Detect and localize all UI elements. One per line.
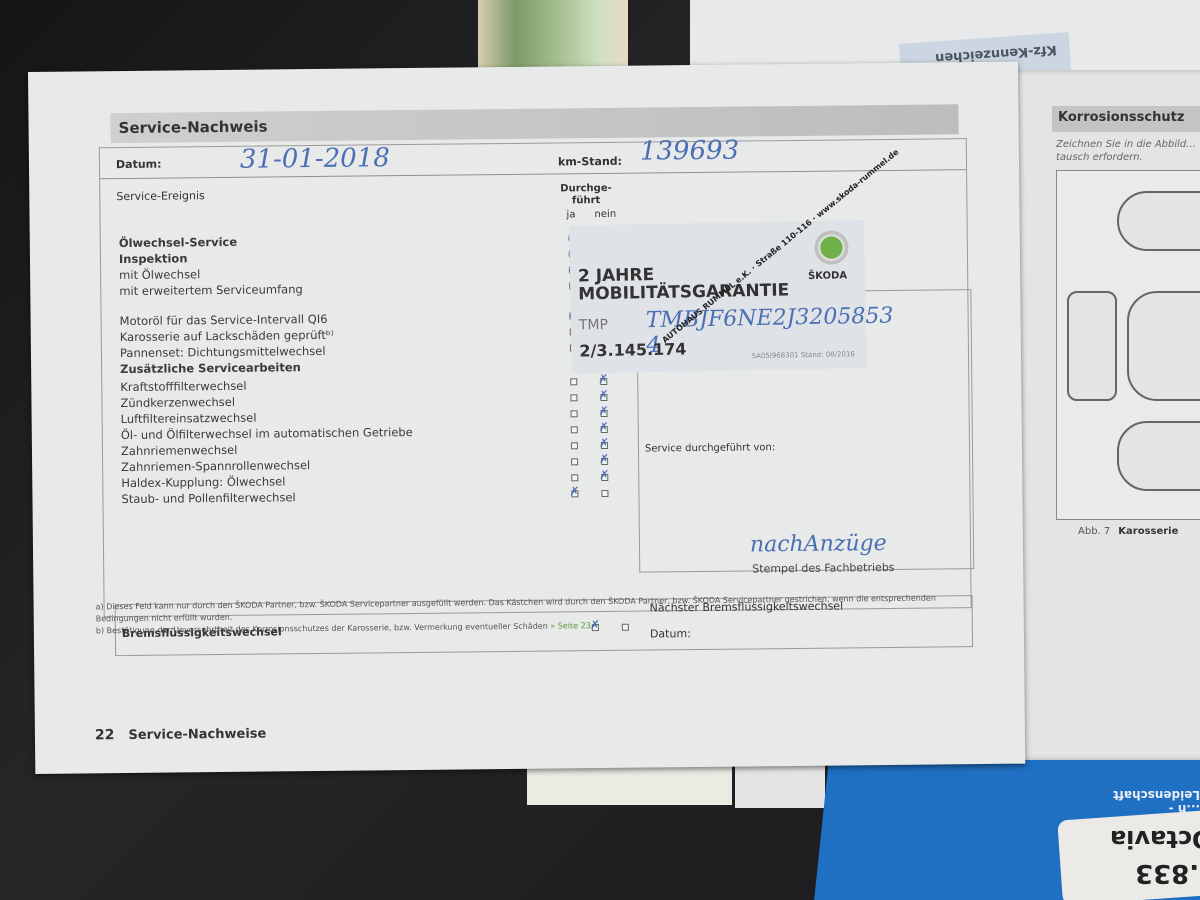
performed-header: Durchge- führt bbox=[560, 183, 612, 208]
footnote-text: Bestätigung der Unversehrtheit des Korro… bbox=[107, 622, 548, 636]
card-brand: ŠKODA bbox=[808, 270, 847, 282]
service-group-heading: Zusätzliche Servicearbeiten bbox=[120, 360, 301, 376]
yes-header: ja bbox=[566, 209, 575, 220]
service-ja-checkbox[interactable] bbox=[571, 458, 578, 465]
car-outline-icon bbox=[1117, 191, 1200, 251]
service-item-label: Kraftstofffilterwechsel bbox=[120, 379, 246, 394]
right-section-header: Korrosionsschutz bbox=[1052, 106, 1200, 132]
divider bbox=[100, 169, 966, 179]
card-number: 2/3.145.174 bbox=[579, 339, 686, 360]
footnote-marker: a) bbox=[96, 602, 104, 611]
footnote-marker: b) bbox=[96, 626, 104, 635]
card-title-line: MOBILITÄTSGARANTIE bbox=[578, 281, 789, 303]
service-item-label: Karosserie auf Lackschäden geprüftᵇ⁾ bbox=[120, 328, 334, 344]
performed-by-label: Service durchgeführt von: bbox=[645, 442, 775, 454]
event-header: Service-Ereignis bbox=[116, 189, 205, 203]
signature: nachAnzüge bbox=[750, 531, 887, 557]
service-item-label: Öl- und Ölfilterwechsel im automatischen… bbox=[121, 425, 413, 442]
intro-line: tausch erfordern. bbox=[1056, 151, 1196, 164]
right-intro: Zeichnen Sie in die Abbild... tausch erf… bbox=[1056, 138, 1196, 164]
service-item-label: Luftfiltereinsatzwechsel bbox=[121, 411, 257, 426]
service-ja-checkbox[interactable] bbox=[571, 410, 578, 417]
km-value[interactable]: 139693 bbox=[640, 136, 740, 167]
folder-number: ...833 bbox=[1135, 858, 1200, 888]
service-item-label: Zündkerzenwechsel bbox=[120, 395, 235, 410]
service-item-label: Zahnriemenwechsel bbox=[121, 443, 238, 458]
section-title: Service-Nachweis bbox=[118, 117, 267, 137]
service-ja-checkbox[interactable] bbox=[571, 474, 578, 481]
service-nein-checkbox[interactable] bbox=[601, 410, 608, 417]
service-nein-checkbox[interactable] bbox=[601, 458, 608, 465]
skoda-logo-icon bbox=[814, 230, 849, 265]
km-label: km-Stand: bbox=[558, 155, 622, 169]
service-nein-checkbox[interactable] bbox=[601, 490, 608, 497]
service-ja-checkbox[interactable] bbox=[571, 442, 578, 449]
date-value[interactable]: 31-01-2018 bbox=[240, 143, 390, 175]
service-ja-checkbox[interactable] bbox=[570, 378, 577, 385]
service-nein-checkbox[interactable] bbox=[600, 394, 607, 401]
service-ja-checkbox[interactable] bbox=[570, 394, 577, 401]
car-outline-icon bbox=[1067, 291, 1117, 401]
service-item-label: Inspektion bbox=[119, 251, 188, 266]
service-item-label: Zahnriemen-Spannrollenwechsel bbox=[121, 458, 310, 474]
figure-number: Abb. 7 bbox=[1078, 526, 1110, 537]
car-outline-icon bbox=[1117, 421, 1200, 491]
service-ja-checkbox[interactable] bbox=[571, 426, 578, 433]
left-page: Service-Nachweis Datum: 31-01-2018 km-St… bbox=[28, 62, 1025, 774]
page-footer: 22Service-Nachweise bbox=[95, 726, 267, 744]
card-tmp-label: TMP bbox=[579, 317, 608, 334]
page-number: 22 bbox=[95, 727, 115, 743]
service-nein-checkbox[interactable] bbox=[601, 426, 608, 433]
date-label: Datum: bbox=[116, 158, 162, 171]
stamp-caption: Stempel des Fachbetriebs bbox=[752, 561, 894, 575]
mobility-guarantee-card: ŠKODA 2 JAHRE MOBILITÄTSGARANTIE TMP TMB… bbox=[569, 220, 867, 374]
page-footer-title: Service-Nachweise bbox=[128, 727, 266, 743]
folder-model: Octavia bbox=[1110, 825, 1200, 853]
service-item-label: Motoröl für das Service-Intervall QI6 bbox=[120, 312, 328, 328]
service-nein-checkbox[interactable] bbox=[601, 442, 608, 449]
service-nein-checkbox[interactable] bbox=[601, 474, 608, 481]
section-header: Service-Nachweis bbox=[110, 104, 958, 143]
card-small-print: SA05I968301 Stand: 08/2016 bbox=[751, 350, 854, 360]
service-item-label: mit erweitertem Serviceumfang bbox=[119, 282, 303, 298]
service-item-label: Ölwechsel-Service bbox=[119, 235, 237, 250]
service-item-label: mit Ölwechsel bbox=[119, 267, 200, 282]
no-header: nein bbox=[594, 209, 616, 220]
intro-line: Zeichnen Sie in die Abbild... bbox=[1056, 138, 1196, 151]
figure-caption: Abb. 7Karosserie bbox=[1078, 526, 1178, 537]
body-diagram bbox=[1056, 170, 1200, 520]
page-link[interactable]: » Seite 23. bbox=[550, 621, 593, 630]
background-photo bbox=[478, 0, 628, 72]
car-outline-icon bbox=[1127, 291, 1200, 401]
figure-title: Karosserie bbox=[1118, 526, 1178, 537]
right-section-title: Korrosionsschutz bbox=[1058, 110, 1184, 125]
service-form: Datum: 31-01-2018 km-Stand: 139693 Servi… bbox=[99, 138, 972, 617]
service-item-label: Haldex-Kupplung: Ölwechsel bbox=[121, 474, 285, 490]
service-item-label: Pannenset: Dichtungsmittelwechsel bbox=[120, 344, 326, 360]
service-item-label: Staub- und Pollenfilterwechsel bbox=[121, 490, 295, 506]
service-nein-checkbox[interactable] bbox=[600, 378, 607, 385]
service-ja-checkbox[interactable] bbox=[571, 490, 578, 497]
right-page: Korrosionsschutz Zeichnen Sie in die Abb… bbox=[1000, 70, 1200, 760]
